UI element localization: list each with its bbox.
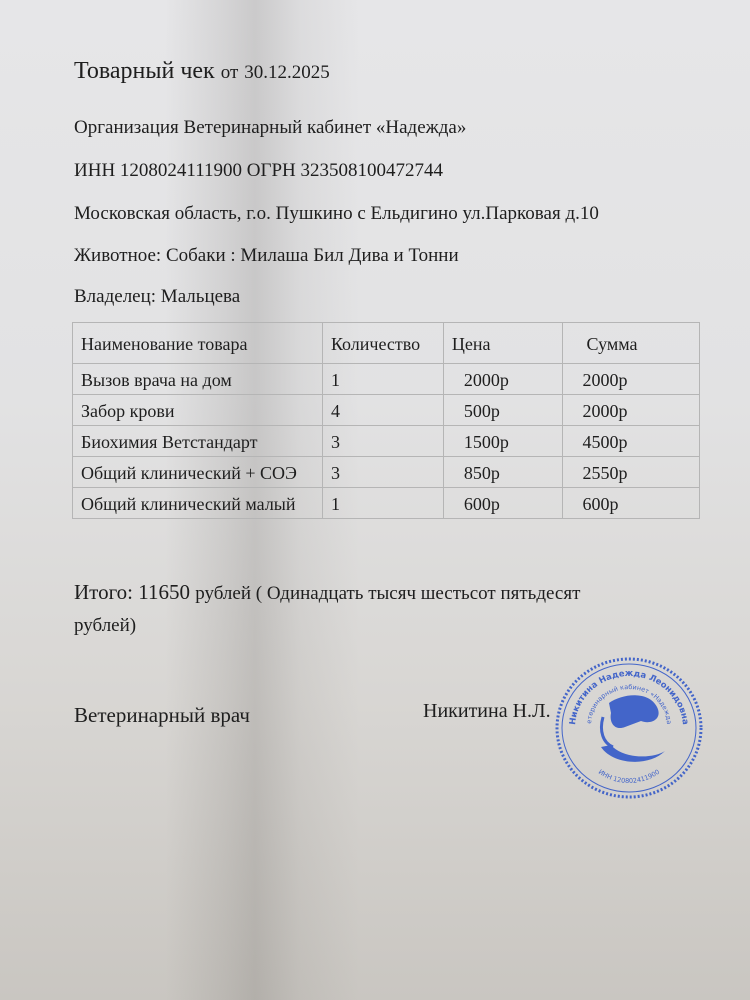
header-sum: Сумма bbox=[562, 323, 699, 364]
header-name: Наименование товара bbox=[73, 323, 323, 364]
item-qty: 3 bbox=[322, 457, 443, 488]
items-table: Наименование товара Количество Цена Сумм… bbox=[72, 322, 700, 519]
signer-role: Ветеринарный врач bbox=[74, 703, 250, 728]
item-name: Биохимия Ветстандарт bbox=[73, 426, 323, 457]
table-row: Общий клинический + СОЭ3850р2550р bbox=[73, 457, 700, 488]
item-qty: 3 bbox=[322, 426, 443, 457]
table-row: Забор крови4500р2000р bbox=[73, 395, 700, 426]
seal-stamp-icon: • Никитина Надежда Леонидовна • Ветерина… bbox=[553, 655, 705, 801]
item-sum: 2550р bbox=[562, 457, 699, 488]
item-sum: 2000р bbox=[562, 364, 699, 395]
item-sum: 600р bbox=[562, 488, 699, 519]
item-price: 850р bbox=[443, 457, 562, 488]
item-qty: 4 bbox=[322, 395, 443, 426]
item-sum: 2000р bbox=[562, 395, 699, 426]
item-qty: 1 bbox=[322, 364, 443, 395]
item-sum: 4500р bbox=[562, 426, 699, 457]
svg-text:ИНН 120802411900: ИНН 120802411900 bbox=[597, 768, 661, 785]
total-line: Итого: 11650 рублей ( Одинадцать тысяч ш… bbox=[74, 577, 634, 641]
item-price: 500р bbox=[443, 395, 562, 426]
organization-line: Организация Ветеринарный кабинет «Надежд… bbox=[74, 117, 466, 139]
total-amount: Итого: 11650 bbox=[74, 580, 190, 604]
table-header-row: Наименование товара Количество Цена Сумм… bbox=[73, 323, 700, 364]
item-name: Общий клинический малый bbox=[73, 488, 323, 519]
signer-name: Никитина Н.Л. bbox=[423, 700, 551, 723]
item-qty: 1 bbox=[322, 488, 443, 519]
header-qty: Количество bbox=[322, 323, 443, 364]
item-price: 600р bbox=[443, 488, 562, 519]
animal-line: Животное: Собаки : Милаша Бил Дива и Тон… bbox=[74, 245, 459, 267]
item-name: Вызов врача на дом bbox=[73, 364, 323, 395]
title-text: Товарный чек bbox=[74, 58, 215, 84]
tax-ids-line: ИНН 1208024111900 ОГРН 323508100472744 bbox=[74, 160, 443, 182]
table-row: Общий клинический малый1600р600р bbox=[73, 488, 700, 519]
table-row: Вызов врача на дом12000р2000р bbox=[73, 364, 700, 395]
item-price: 1500р bbox=[443, 426, 562, 457]
item-name: Забор крови bbox=[73, 395, 323, 426]
item-name: Общий клинический + СОЭ bbox=[73, 457, 323, 488]
receipt-title: Товарный чек от 30.12.2025 bbox=[74, 58, 330, 85]
date-prefix: от bbox=[221, 62, 239, 83]
item-price: 2000р bbox=[443, 364, 562, 395]
address-line: Московская область, г.о. Пушкино с Ельди… bbox=[74, 203, 599, 225]
table-row: Биохимия Ветстандарт31500р4500р bbox=[73, 426, 700, 457]
receipt-document: Товарный чек от 30.12.2025 Организация В… bbox=[0, 0, 750, 1000]
receipt-date: 30.12.2025 bbox=[244, 62, 330, 83]
owner-line: Владелец: Мальцева bbox=[74, 286, 240, 308]
header-price: Цена bbox=[443, 323, 562, 364]
